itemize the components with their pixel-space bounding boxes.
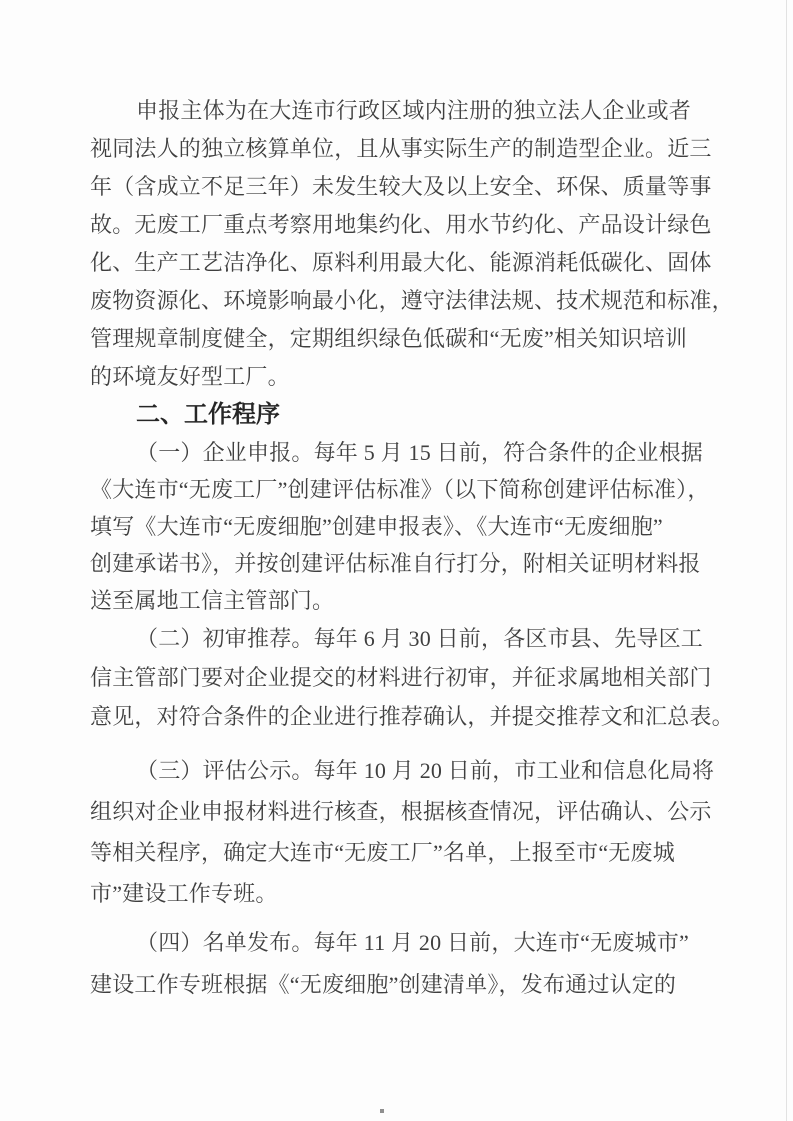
text-line: 化、生产工艺洁净化、原料利用最大化、能源消耗低碳化、固体 (90, 244, 708, 282)
text-line: 视同法人的独立核算单位，且从事实际生产的制造型企业。近三 (90, 130, 708, 168)
text-line: 意见，对符合条件的企业进行推荐确认，并提交推荐文和汇总表。 (90, 697, 708, 736)
text-line: 创建承诺书》，并按创建评估标准自行打分，附相关证明材料报 (90, 545, 708, 582)
paragraph-list-release: （四）名单发布。每年 11 月 20 日前，大连市“无废城市” 建设工作专班根据… (90, 922, 708, 1006)
text-line: 等相关程序，确定大连市“无废工厂”名单，上报至市“无废城 (90, 832, 708, 873)
document-content: 申报主体为在大连市行政区域内注册的独立法人企业或者 视同法人的独立核算单位，且从… (90, 92, 708, 1006)
paragraph-enterprise-application: （一）企业申报。每年 5 月 15 日前，符合条件的企业根据 《大连市“无废工厂… (90, 434, 708, 619)
text-line: （一）企业申报。每年 5 月 15 日前，符合条件的企业根据 (90, 434, 708, 471)
text-line: 建设工作专班根据《“无废细胞”创建清单》，发布通过认定的 (90, 964, 708, 1006)
text-line: （二）初审推荐。每年 6 月 30 日前，各区市县、先导区工 (90, 619, 708, 658)
text-line: 废物资源化、环境影响最小化，遵守法律法规、技术规范和标准， (90, 282, 708, 320)
section-heading-work-procedure: 二、工作程序 (90, 396, 708, 434)
paragraph-evaluation-publicity: （三）评估公示。每年 10 月 20 日前，市工业和信息化局将 组织对企业申报材… (90, 750, 708, 914)
text-line: 送至属地工信主管部门。 (90, 582, 708, 619)
text-line: 信主管部门要对企业提交的材料进行初审，并征求属地相关部门 (90, 658, 708, 697)
page-edge-line (786, 0, 787, 1121)
text-line: 市”建设工作专班。 (90, 873, 708, 914)
text-line: 的环境友好型工厂。 (90, 358, 708, 396)
text-line: 年（含成立不足三年）未发生较大及以上安全、环保、质量等事 (90, 168, 708, 206)
document-page: 申报主体为在大连市行政区域内注册的独立法人企业或者 视同法人的独立核算单位，且从… (0, 0, 793, 1121)
text-line: 《大连市“无废工厂”创建评估标准》（以下简称创建评估标准）， (90, 471, 708, 508)
text-line: 故。无废工厂重点考察用地集约化、用水节约化、产品设计绿色 (90, 206, 708, 244)
text-line: 填写《大连市“无废细胞”创建申报表》、《大连市“无废细胞” (90, 508, 708, 545)
text-line: （四）名单发布。每年 11 月 20 日前，大连市“无废城市” (90, 922, 708, 964)
text-line: （三）评估公示。每年 10 月 20 日前，市工业和信息化局将 (90, 750, 708, 791)
paragraph-preliminary-review: （二）初审推荐。每年 6 月 30 日前，各区市县、先导区工 信主管部门要对企业… (90, 619, 708, 736)
text-line: 申报主体为在大连市行政区域内注册的独立法人企业或者 (90, 92, 708, 130)
text-line: 管理规章制度健全，定期组织绿色低碳和“无废”相关知识培训 (90, 320, 708, 358)
paragraph-applicant-criteria: 申报主体为在大连市行政区域内注册的独立法人企业或者 视同法人的独立核算单位，且从… (90, 92, 708, 396)
page-artifact-dot (380, 1109, 384, 1113)
text-line: 组织对企业申报材料进行核查，根据核查情况，评估确认、公示 (90, 791, 708, 832)
